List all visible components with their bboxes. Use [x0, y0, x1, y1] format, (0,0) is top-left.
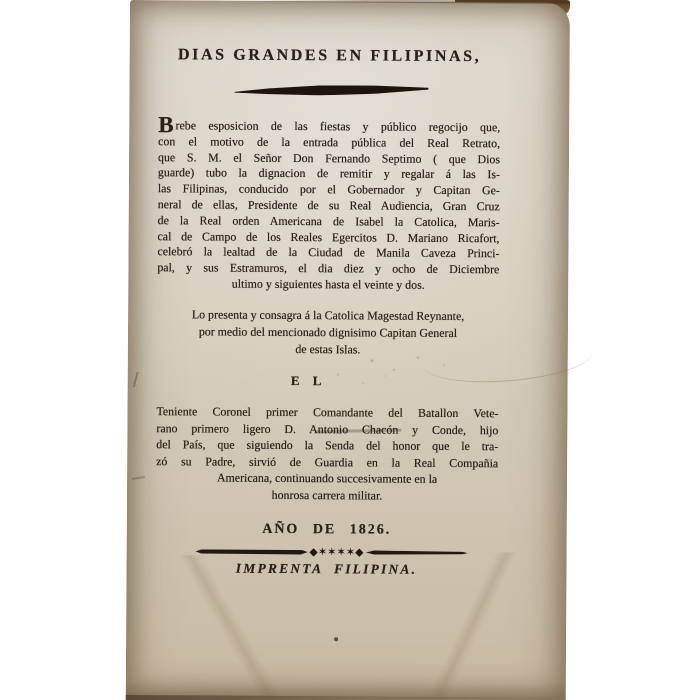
- rule-bar-left: [196, 549, 308, 555]
- year-line: AÑO DE 1826.: [156, 521, 498, 539]
- pencil-margin-mark: [130, 467, 145, 480]
- el-heading: E L: [138, 372, 480, 390]
- text-line: del País, que siguiendo la Senda del hon…: [156, 436, 498, 455]
- ornamental-rule: ◆✶✶✶✶◆: [196, 545, 468, 559]
- text-line: neral de ellas, Presidente de su Real Au…: [158, 197, 500, 215]
- text-line: zó su Padre, sirvió de Guardia en la Rea…: [156, 453, 498, 472]
- document-page: DIAS GRANDES EN FILIPINAS, Brebe esposic…: [126, 0, 570, 700]
- document-photograph: DIAS GRANDES EN FILIPINAS, Brebe esposic…: [0, 0, 700, 700]
- text-line: honrosa carrera militar.: [156, 486, 498, 505]
- title-swelled-rule: [234, 84, 428, 97]
- text-line: rano primero ligero D. Antonio Chacón y …: [156, 420, 498, 439]
- rule-bar-right: [366, 550, 468, 555]
- text-line: de la Real orden Americana de Isabel la …: [158, 213, 500, 231]
- text-line: Brebe esposicion de las fiestas y públic…: [158, 117, 500, 136]
- text-line: de estas Islas.: [157, 341, 499, 360]
- printed-text-column: DIAS GRANDES EN FILIPINAS, Brebe esposic…: [155, 0, 501, 700]
- text-line: pal, y sus Estramuros, el dia diez y och…: [157, 260, 499, 278]
- text-line: Teniente Coronel primer Comandante del B…: [156, 403, 498, 422]
- dedication-paragraph: Lo presenta y consagra á la Catolica Mag…: [157, 306, 499, 360]
- imprint-line: IMPRENTA FILIPINA.: [155, 560, 497, 578]
- text-line: con el motivo de la entrada pública del …: [158, 134, 500, 152]
- text-line: Lo presenta y consagra á la Catolica Mag…: [157, 306, 499, 325]
- text-line: Americana, continuando succesivamente en…: [156, 470, 498, 489]
- summary-paragraph: Brebe esposicion de las fiestas y públic…: [157, 117, 500, 294]
- drop-cap-initial: B: [158, 112, 173, 137]
- text-line: ultimo y siguientes hasta el veinte y do…: [157, 276, 499, 294]
- rosette-ornament-icon: ◆✶✶✶✶◆: [308, 547, 366, 557]
- text-line-rest: rebe esposicion de las fiestas y público…: [176, 118, 501, 134]
- document-title: DIAS GRANDES EN FILIPINAS,: [151, 46, 509, 66]
- text-line: por medio del mencionado dignisimo Capit…: [157, 323, 499, 342]
- author-paragraph: Teniente Coronel primer Comandante del B…: [156, 403, 499, 505]
